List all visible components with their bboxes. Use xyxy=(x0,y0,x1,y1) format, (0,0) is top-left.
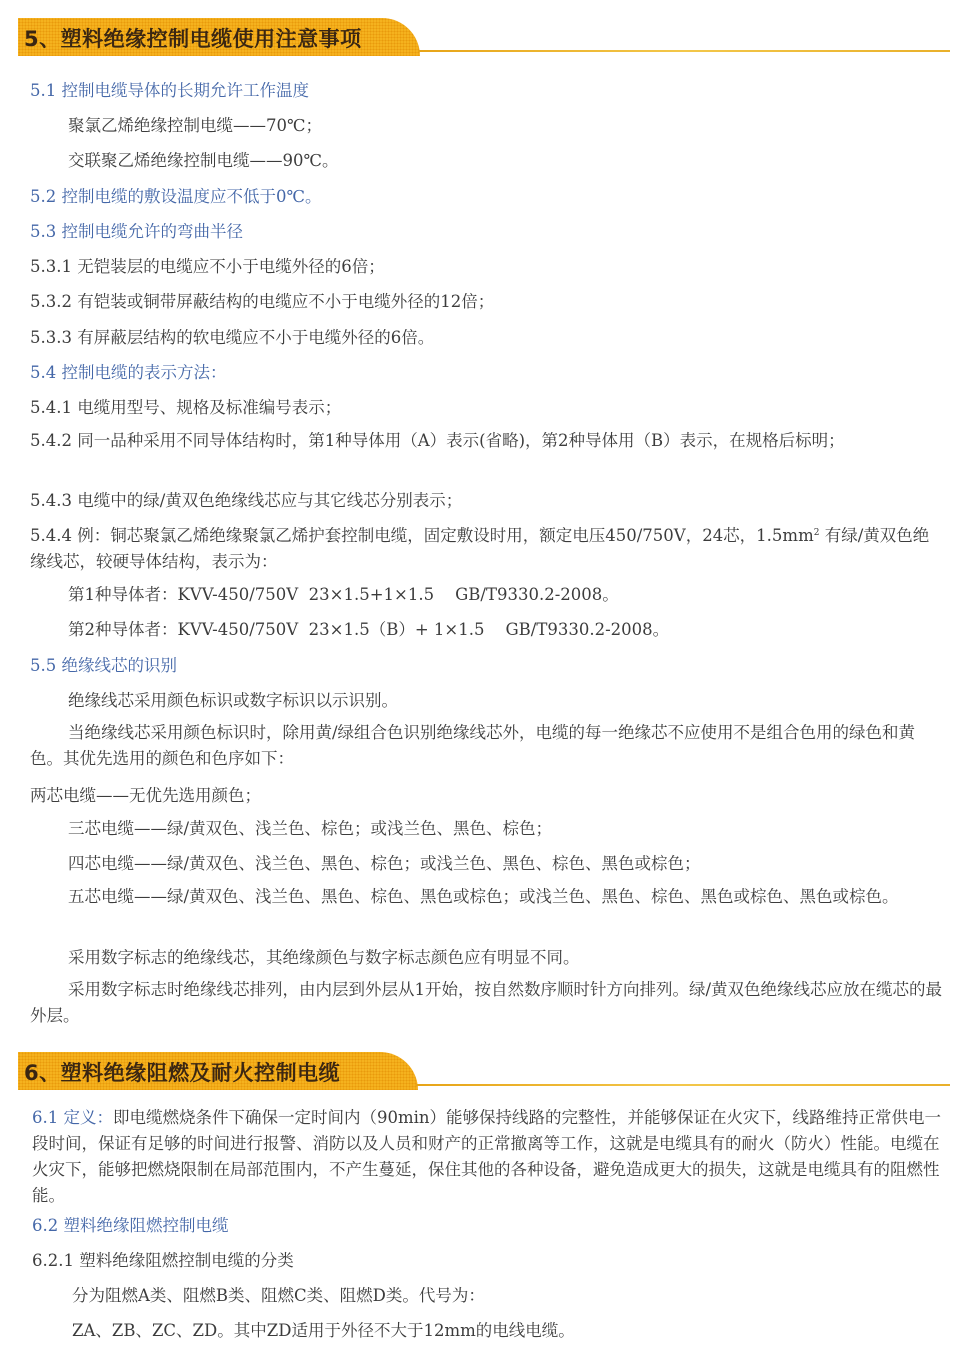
document-page: 5、塑料绝缘控制电缆使用注意事项 5.1 控制电缆导体的长期允许工作温度 聚氯乙… xyxy=(0,0,980,1355)
item-5-3-1: 5.3.1 无铠装层的电缆应不小于电缆外径的6倍； xyxy=(30,254,385,280)
definition-text: 即电缆燃烧条件下确保一定时间内（90min）能够保持线路的完整性，并能够保证在火… xyxy=(32,1108,941,1205)
heading-5-5: 5.5 绝缘线芯的识别 xyxy=(30,653,177,679)
color-four-core: 四芯电缆——绿/黄双色、浅兰色、黑色、棕色；或浅兰色、黑色、棕色、黑色或棕色； xyxy=(68,851,701,877)
section-5-header: 5、塑料绝缘控制电缆使用注意事项 xyxy=(18,18,950,58)
section-5-rule xyxy=(418,50,950,52)
classification-p2: ZA、ZB、ZC、ZD。其中ZD适用于外径不大于12mm的电线电缆。 xyxy=(72,1318,575,1344)
example-intro-a: 5.4.4 例：铜芯聚氯乙烯绝缘聚氯乙烯护套控制电缆，固定敷设时用，额定电压45… xyxy=(30,526,814,545)
example-conductor-2: 第2种导体者：KVV-450/750V 23×1.5（B）+ 1×1.5 GB/… xyxy=(68,617,669,643)
item-5-3-3: 5.3.3 有屏蔽层结构的软电缆应不小于电缆外径的6倍。 xyxy=(30,325,434,351)
identification-p4: 采用数字标志时绝缘线芯排列，由内层到外层从1开始，按自然数序顺时针方向排列。绿/… xyxy=(30,977,945,1029)
item-5-3-2: 5.3.2 有铠装或铜带屏蔽结构的电缆应不小于电缆外径的12倍； xyxy=(30,289,494,315)
section-6-title: 6、塑料绝缘阻燃及耐火控制电缆 xyxy=(24,1057,340,1087)
heading-5-4: 5.4 控制电缆的表示方法： xyxy=(30,360,227,386)
classification-p1: 分为阻燃A类、阻燃B类、阻燃C类、阻燃D类。代号为： xyxy=(72,1283,485,1309)
heading-5-1: 5.1 控制电缆导体的长期允许工作温度 xyxy=(30,78,309,104)
section-5-title: 5、塑料绝缘控制电缆使用注意事项 xyxy=(24,23,362,53)
color-five-core: 五芯电缆——绿/黄双色、浅兰色、黑色、棕色、黑色或棕色；或浅兰色、黑色、棕色、黑… xyxy=(30,884,945,910)
section-6-rule xyxy=(416,1084,950,1086)
color-three-core: 三芯电缆——绿/黄双色、浅兰色、棕色；或浅兰色、黑色、棕色； xyxy=(68,816,552,842)
section-6-header: 6、塑料绝缘阻燃及耐火控制电缆 xyxy=(18,1052,950,1092)
definition-label: 6.1 定义： xyxy=(32,1108,113,1127)
heading-6-2: 6.2 塑料绝缘阻燃控制电缆 xyxy=(32,1213,229,1239)
item-5-4-3: 5.4.3 电缆中的绿/黄双色绝缘线芯应与其它线芯分别表示； xyxy=(30,488,462,514)
identification-p3: 采用数字标志的绝缘线芯，其绝缘颜色与数字标志颜色应有明显不同。 xyxy=(68,945,580,971)
heading-6-2-1: 6.2.1 塑料绝缘阻燃控制电缆的分类 xyxy=(32,1248,294,1274)
item-5-4-1: 5.4.1 电缆用型号、规格及标准编号表示； xyxy=(30,395,341,421)
definition-6-1: 6.1 定义：即电缆燃烧条件下确保一定时间内（90min）能够保持线路的完整性，… xyxy=(32,1105,944,1209)
temp-xlpe: 交联聚乙烯绝缘控制电缆——90℃。 xyxy=(68,148,338,174)
heading-5-3: 5.3 控制电缆允许的弯曲半径 xyxy=(30,219,243,245)
identification-p2: 当绝缘线芯采用颜色标识时，除用黄/绿组合色识别绝缘线芯外，电缆的每一绝缘芯不应使… xyxy=(30,720,945,772)
example-conductor-1: 第1种导体者：KVV-450/750V 23×1.5+1×1.5 GB/T933… xyxy=(68,582,619,608)
heading-5-2: 5.2 控制电缆的敷设温度应不低于0℃。 xyxy=(30,184,321,210)
item-5-4-2: 5.4.2 同一品种采用不同导体结构时，第1种导体用（A）表示(省略)，第2种导… xyxy=(30,428,945,454)
temp-pvc: 聚氯乙烯绝缘控制电缆——70℃； xyxy=(68,113,322,139)
item-5-4-4: 5.4.4 例：铜芯聚氯乙烯绝缘聚氯乙烯护套控制电缆，固定敷设时用，额定电压45… xyxy=(30,520,945,575)
identification-p1: 绝缘线芯采用颜色标识或数字标识以示识别。 xyxy=(68,688,398,714)
color-two-core: 两芯电缆——无优先选用颜色； xyxy=(30,783,261,809)
